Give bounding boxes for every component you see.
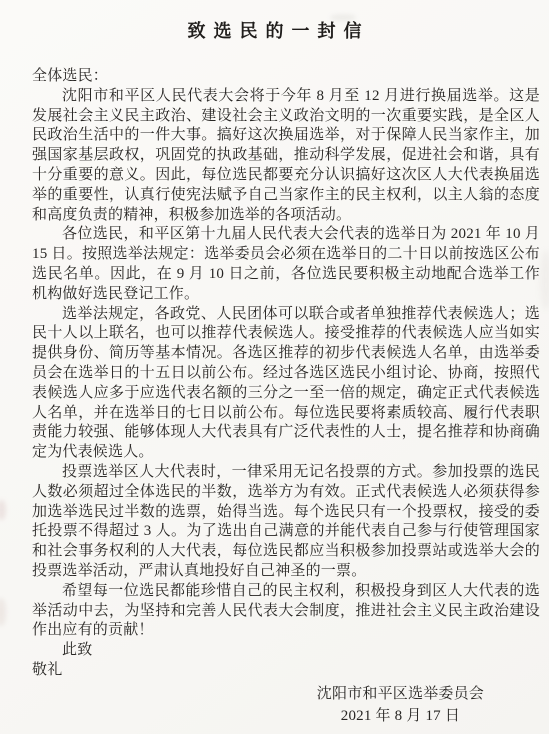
signature-committee: 沈阳市和平区选举委员会 — [317, 683, 484, 705]
letter-body: 全体选民： 沈阳市和平区人民代表大会将于今年 8 月至 12 月进行换届选举。这… — [32, 67, 540, 727]
signature-date: 2021 年 8 月 17 日 — [317, 705, 484, 727]
scan-smudge — [0, 500, 6, 520]
closing-salute: 此致 — [32, 641, 540, 661]
paragraph-election-overview: 沈阳市和平区人民代表大会将于今年 8 月至 12 月进行换届选举。这是发展社会主… — [32, 87, 540, 226]
paragraph-voting-rules: 投票选举区人大代表时，一律采用无记名投票的方式。参加投票的选民人数必须超过全体选… — [32, 463, 540, 582]
closing-respect: 敬礼 — [32, 661, 540, 681]
paragraph-election-date: 各位选民，和平区第十九届人民代表大会代表的选举日为 2021 年 10 月 15… — [32, 225, 540, 304]
paragraph-candidate-rules: 选举法规定，各政党、人民团体可以联合或者单独推荐代表候选人；选民十人以上联名，也… — [32, 305, 540, 463]
letter-title: 致选民的一封信 — [0, 17, 549, 43]
letter-page: 致选民的一封信 全体选民： 沈阳市和平区人民代表大会将于今年 8 月至 12 月… — [0, 0, 549, 734]
scan-smudge — [0, 598, 6, 626]
paragraph-hope: 希望每一位选民都能珍惜自己的民主权利，积极投身到区人大代表的选举活动中去，为坚持… — [32, 582, 540, 641]
signature-block: 沈阳市和平区选举委员会 2021 年 8 月 17 日 — [317, 681, 484, 727]
scan-smudge — [540, 250, 549, 310]
salutation: 全体选民： — [32, 67, 540, 87]
